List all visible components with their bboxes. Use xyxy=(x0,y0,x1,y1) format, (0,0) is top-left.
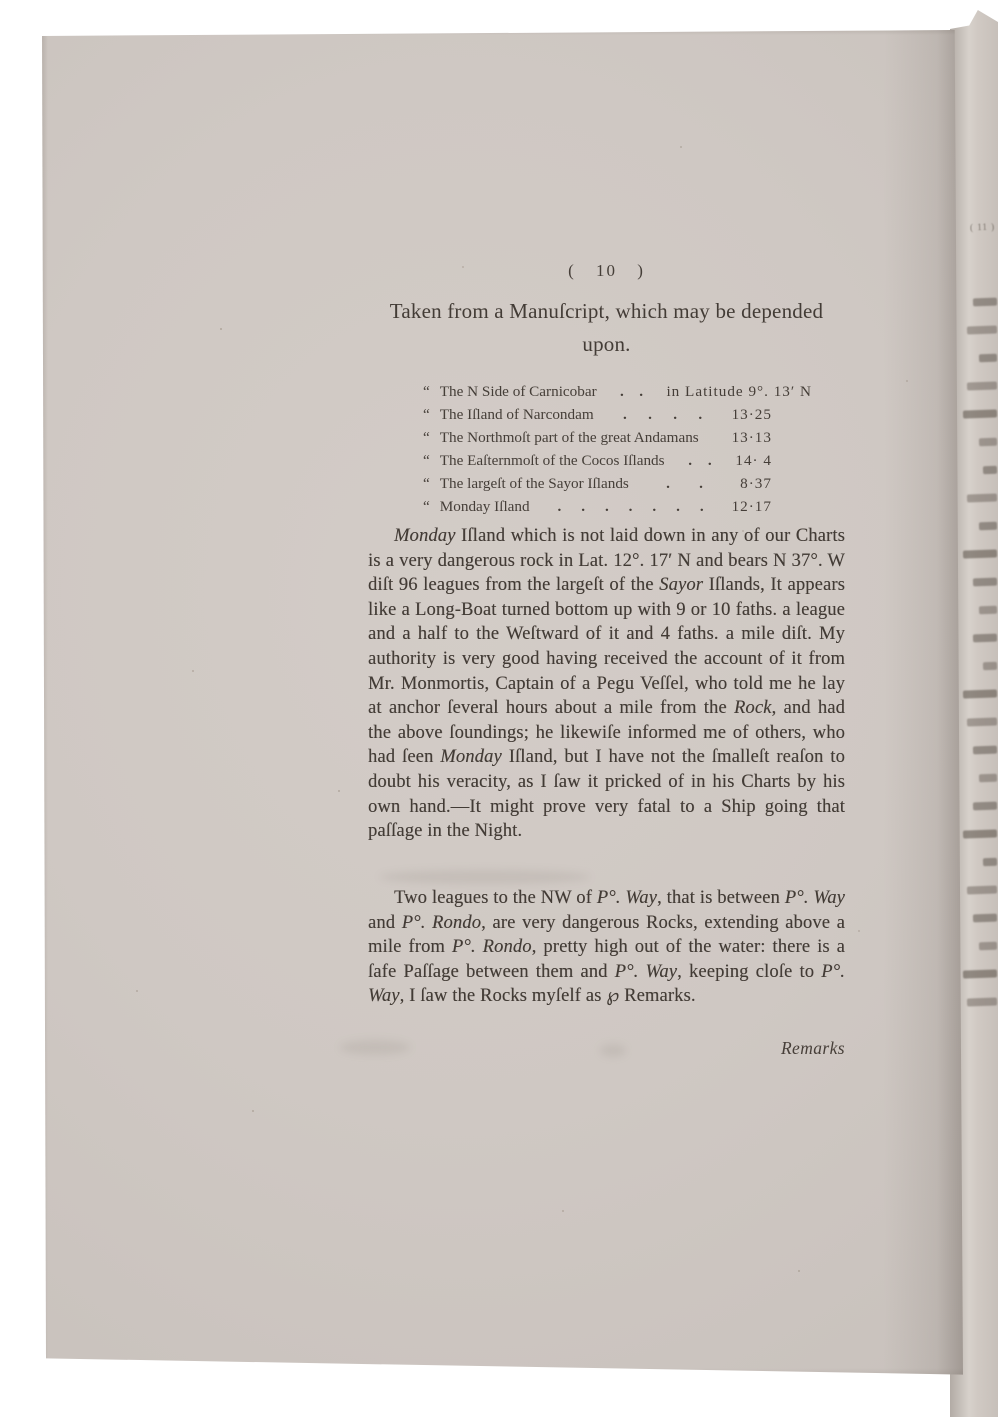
ghost-text-line xyxy=(973,746,997,755)
place-name: Monday Iſland xyxy=(440,495,530,518)
dot-leaders: ....... xyxy=(530,495,732,518)
latitude-row: “ Monday Iſland ....... 12·17 xyxy=(423,495,812,518)
body-paragraph-monday-island: Monday Iſland which is not laid down in … xyxy=(368,524,845,844)
ghost-text-line xyxy=(983,466,997,474)
latitude-row: “ The largeſt of the Sayor Iſlands .. 8·… xyxy=(423,472,812,495)
body-paragraph-pway-rocks: Two leagues to the NW of P°. Way, that i… xyxy=(368,886,845,1009)
place-name: The Iſland of Narcondam xyxy=(440,403,594,426)
latitude-value: 12·17 xyxy=(732,495,812,518)
ghost-text-line xyxy=(973,802,997,811)
latitude-value: 13·13 xyxy=(732,426,812,449)
quotation-mark: “ xyxy=(423,380,431,403)
ghost-text-line xyxy=(979,942,997,951)
ghost-text-line xyxy=(963,829,997,838)
main-page: ( 10 ) Taken from a Manuſcript, which ma… xyxy=(40,28,963,1380)
ghost-text-line xyxy=(967,381,997,390)
quotation-mark: “ xyxy=(423,426,431,449)
ghost-text-line xyxy=(967,493,997,502)
dot-leaders: .. xyxy=(629,472,740,495)
ghost-text-line xyxy=(973,298,997,307)
page-number: ( 10 ) xyxy=(368,261,845,281)
catchword: Remarks xyxy=(368,1038,845,1059)
ghost-text-line xyxy=(979,606,997,615)
dot-leaders: .. xyxy=(597,380,667,403)
quotation-mark: “ xyxy=(423,495,431,518)
ghost-text-line xyxy=(979,774,997,783)
dot-leaders: .... xyxy=(594,403,732,426)
latitude-row: “ The Iſland of Narcondam .... 13·25 xyxy=(423,403,812,426)
book-photo: ( 11 ) xyxy=(0,0,998,1417)
ghost-text-line xyxy=(967,717,997,726)
ghost-text-line xyxy=(973,634,997,643)
next-page-folio: ( 11 ) xyxy=(970,222,996,233)
latitude-list: “ The N Side of Carnicobar .. in Latitud… xyxy=(423,380,812,518)
next-page-ghost-text xyxy=(958,298,998,1006)
latitude-row: “ The N Side of Carnicobar .. in Latitud… xyxy=(423,380,812,403)
paper-speckles xyxy=(40,28,42,30)
ghost-text-line xyxy=(983,662,997,670)
ghost-text-line xyxy=(973,914,997,923)
ghost-text-line xyxy=(983,858,997,866)
latitude-value: 14· 4 xyxy=(735,449,812,472)
quotation-mark: “ xyxy=(423,472,431,495)
ghost-text-line xyxy=(967,885,997,894)
show-through-smudge xyxy=(380,870,590,884)
ghost-text-line xyxy=(967,325,997,334)
latitude-value: in Latitude 9°. 13′ N xyxy=(666,380,812,403)
ghost-text-line xyxy=(979,354,997,363)
quotation-mark: “ xyxy=(423,403,431,426)
latitude-value: 13·25 xyxy=(732,403,812,426)
section-heading: Taken from a Manuſcript, which may be de… xyxy=(368,295,845,361)
ghost-text-line xyxy=(979,438,997,447)
latitude-value: 8·37 xyxy=(740,472,812,495)
ghost-text-line xyxy=(963,689,997,698)
quotation-mark: “ xyxy=(423,449,431,472)
section-heading-line-2: upon. xyxy=(368,328,845,361)
section-heading-line-1: Taken from a Manuſcript, which may be de… xyxy=(368,295,845,328)
ghost-text-line xyxy=(963,969,997,978)
latitude-row: “ The Eaſternmoſt of the Cocos Iſlands .… xyxy=(423,449,812,472)
ghost-text-line xyxy=(973,578,997,587)
ghost-text-line xyxy=(963,549,997,558)
latitude-row: “ The Northmoſt part of the great Andama… xyxy=(423,426,812,449)
place-name: The largeſt of the Sayor Iſlands xyxy=(440,472,629,495)
ghost-text-line xyxy=(967,997,997,1006)
place-name: The Eaſternmoſt of the Cocos Iſlands xyxy=(440,449,665,472)
dot-leaders: .. xyxy=(665,449,736,472)
ghost-text-line xyxy=(979,522,997,531)
place-name: The Northmoſt part of the great Andamans xyxy=(440,426,699,449)
ghost-text-line xyxy=(963,409,997,418)
place-name: The N Side of Carnicobar xyxy=(440,380,597,403)
